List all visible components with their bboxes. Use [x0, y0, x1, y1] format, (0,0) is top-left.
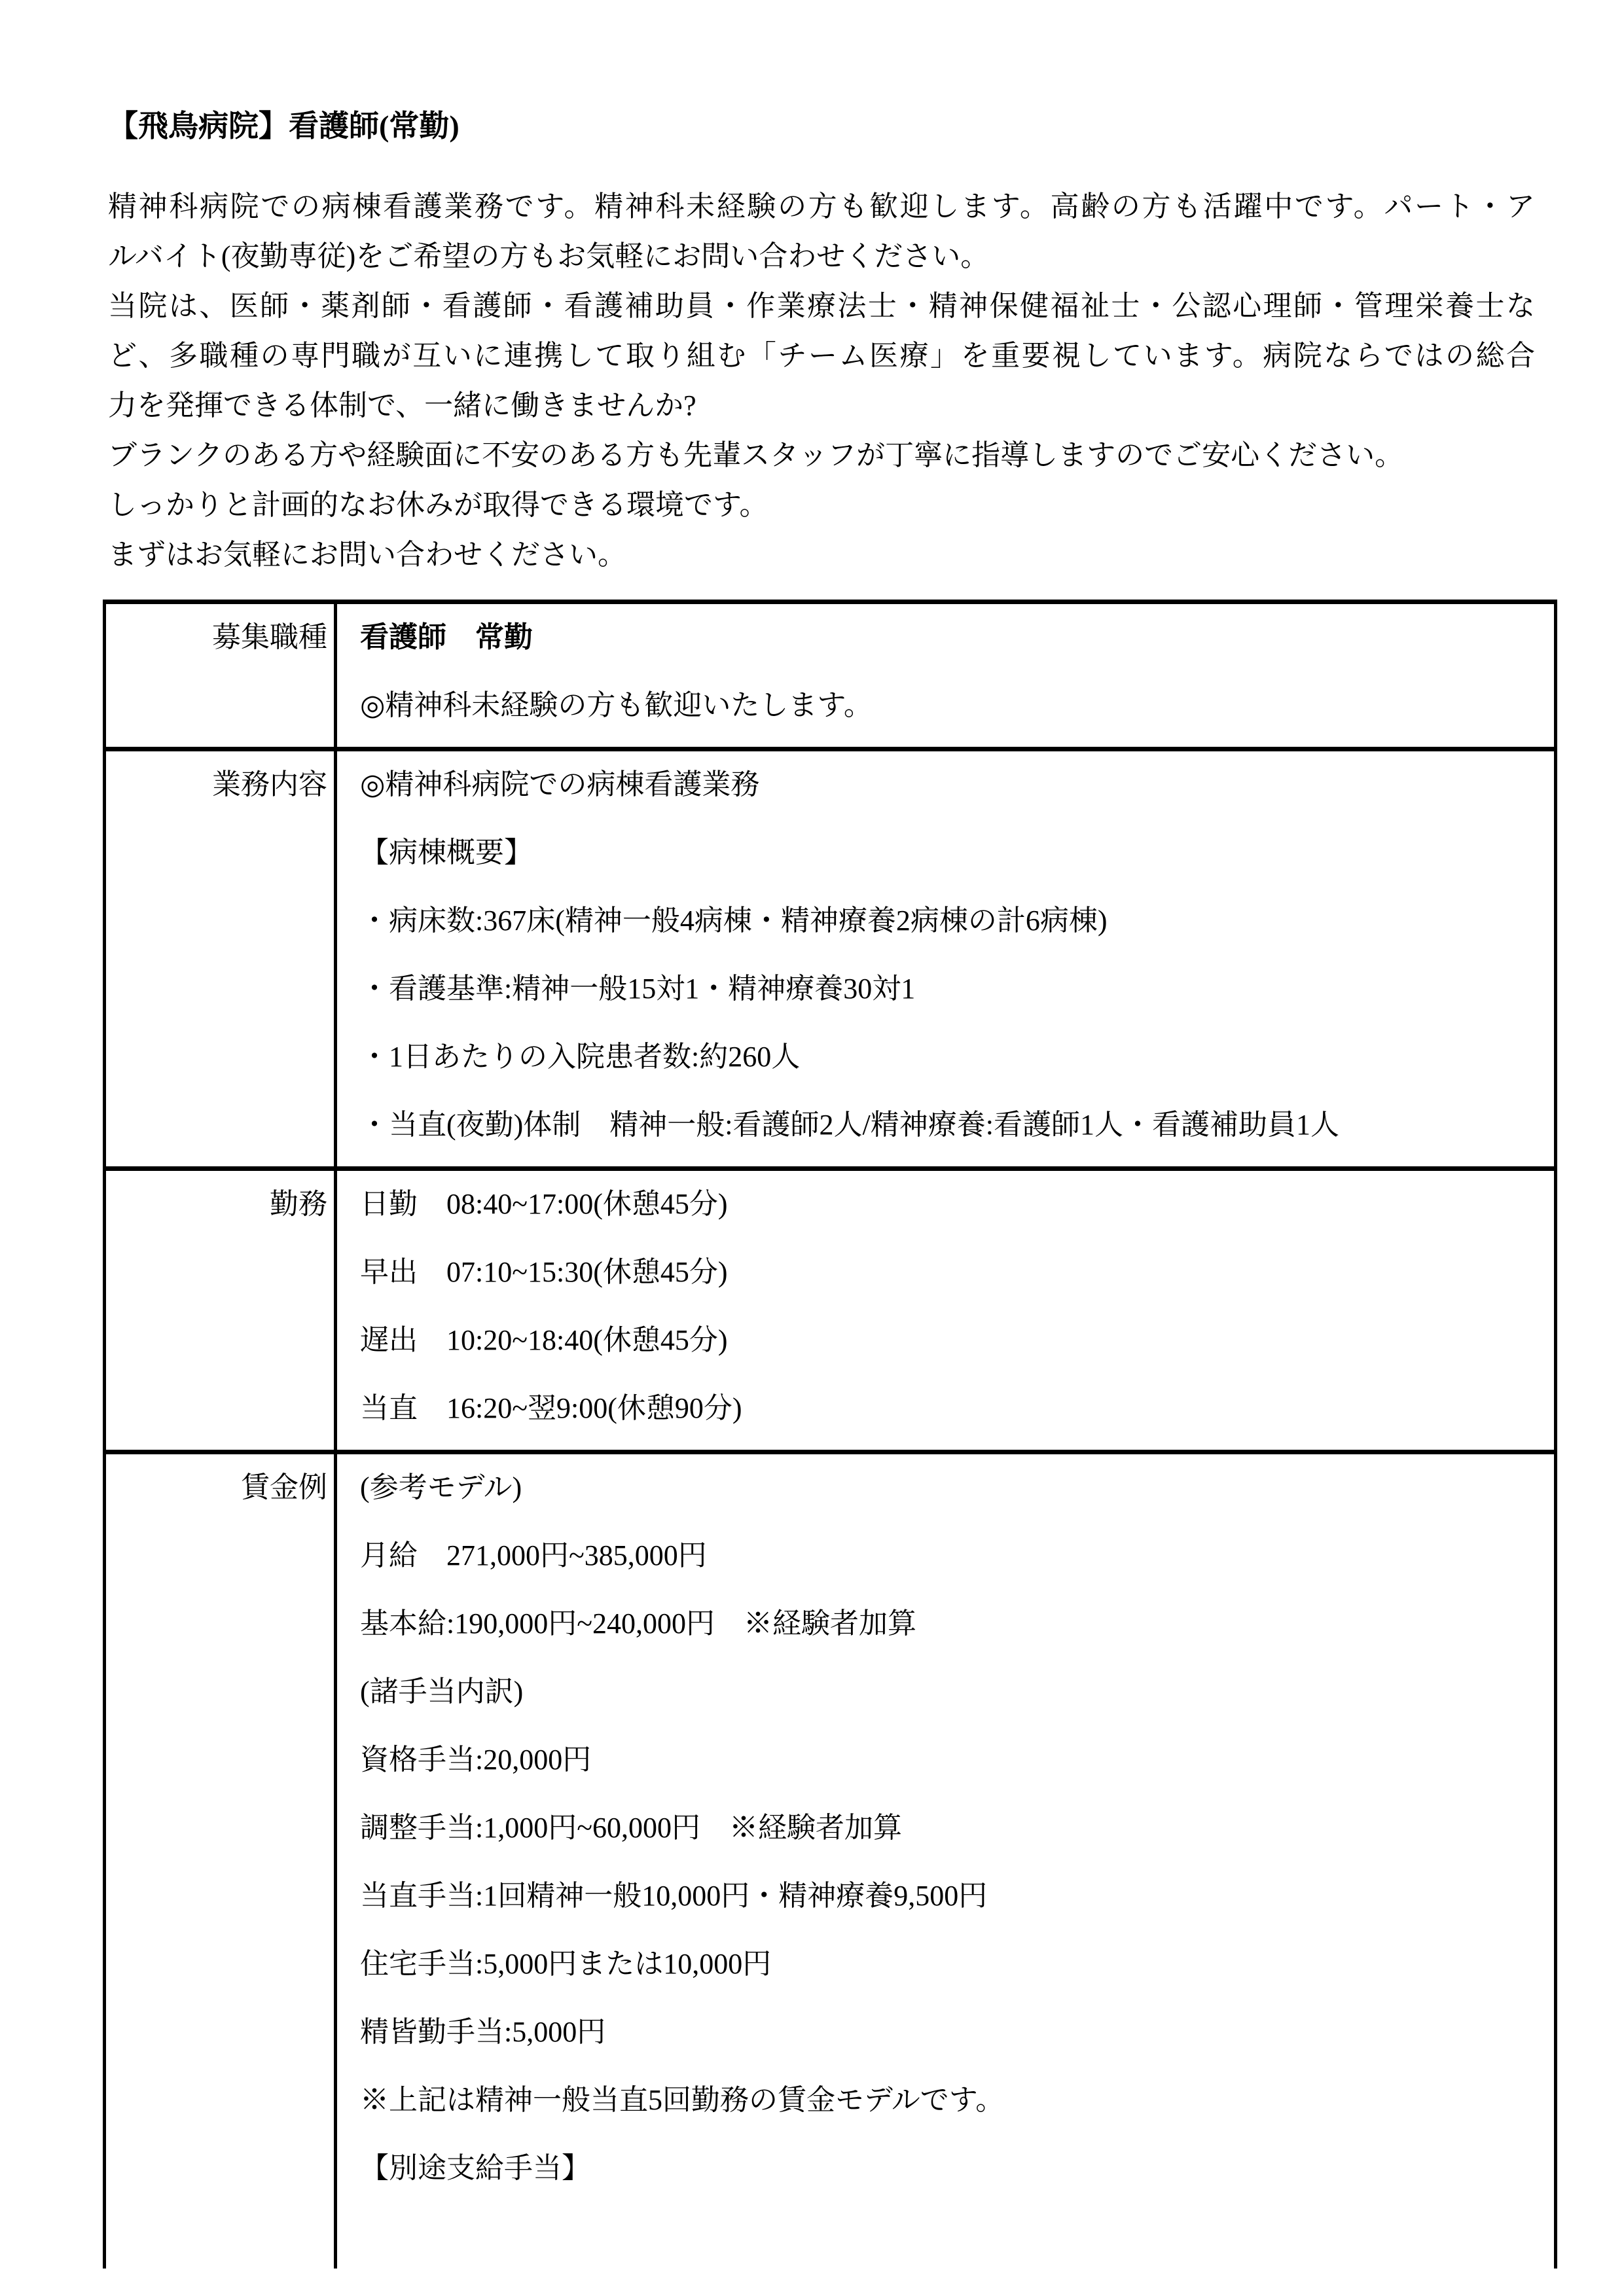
- intro-line: まずはお気軽にお問い合わせください。: [108, 530, 1535, 580]
- intro-line: ルバイト(夜勤専従)をご希望の方もお気軽にお問い合わせください。: [108, 232, 1535, 281]
- content-line: ・病床数:367床(精神一般4病棟・精神療養2病棟の計6病棟): [360, 906, 1541, 936]
- content-line: 【病棟概要】: [360, 838, 1541, 868]
- row-content: 看護師 常勤 ◎精神科未経験の方も歓迎いたします。: [336, 602, 1556, 749]
- table-row-job-description: 業務内容 ◎精神科病院での病棟看護業務 【病棟概要】 ・病床数:367床(精神一…: [105, 749, 1556, 1169]
- row-label: 賃金例: [105, 1452, 336, 2269]
- intro-line: ど、多職種の専門職が互いに連携して取り組む「チーム医療」を重要視しています。病院…: [108, 331, 1535, 381]
- content-line: (諸手当内訳): [360, 1677, 1541, 1707]
- row-content: ◎精神科病院での病棟看護業務 【病棟概要】 ・病床数:367床(精神一般4病棟・…: [336, 749, 1556, 1169]
- row-label: 業務内容: [105, 749, 336, 1169]
- intro-line: しっかりと計画的なお休みが取得できる環境です。: [108, 480, 1535, 530]
- intro-line: 力を発揮できる体制で、一緒に働きませんか?: [108, 381, 1535, 431]
- row-label: 募集職種: [105, 602, 336, 749]
- content-line: 当直手当:1回精神一般10,000円・精神療養9,500円: [360, 1881, 1541, 1911]
- job-table: 募集職種 看護師 常勤 ◎精神科未経験の方も歓迎いたします。 業務内容 ◎精神科…: [103, 600, 1557, 2269]
- content-line: 精皆勤手当:5,000円: [360, 2017, 1541, 2047]
- intro-line: 精神科病院での病棟看護業務です。精神科未経験の方も歓迎します。高齢の方も活躍中で…: [108, 182, 1535, 232]
- content-line: 調整手当:1,000円~60,000円 ※経験者加算: [360, 1813, 1541, 1843]
- content-line: ・1日あたりの入院患者数:約260人: [360, 1042, 1541, 1072]
- row-label: 勤務: [105, 1169, 336, 1452]
- intro-line: 当院は、医師・薬剤師・看護師・看護補助員・作業療法士・精神保健福祉士・公認心理師…: [108, 281, 1535, 331]
- page-title: 【飛鳥病院】看護師(常勤): [108, 111, 1535, 141]
- content-line: 日勤 08:40~17:00(休憩45分): [360, 1189, 1541, 1219]
- content-line: ◎精神科病院での病棟看護業務: [360, 770, 1541, 800]
- content-line: 資格手当:20,000円: [360, 1745, 1541, 1775]
- table-row-wage-example: 賃金例 (参考モデル) 月給 271,000円~385,000円 基本給:190…: [105, 1452, 1556, 2269]
- content-line: ◎精神科未経験の方も歓迎いたします。: [360, 691, 1541, 721]
- table-row-work-shift: 勤務 日勤 08:40~17:00(休憩45分) 早出 07:10~15:30(…: [105, 1169, 1556, 1452]
- content-line: 【別途支給手当】: [360, 2153, 1541, 2183]
- content-line: 看護師 常勤: [360, 622, 1541, 653]
- content-line: 早出 07:10~15:30(休憩45分): [360, 1257, 1541, 1287]
- content-line: 当直 16:20~翌9:00(休憩90分): [360, 1393, 1541, 1424]
- document-page: 【飛鳥病院】看護師(常勤) 精神科病院での病棟看護業務です。精神科未経験の方も歓…: [0, 0, 1624, 2296]
- content-line: 月給 271,000円~385,000円: [360, 1541, 1541, 1571]
- content-line: (参考モデル): [360, 1473, 1541, 1503]
- content-line: 住宅手当:5,000円または10,000円: [360, 1949, 1541, 1979]
- content-line: ・看護基準:精神一般15対1・精神療養30対1: [360, 974, 1541, 1004]
- row-content: (参考モデル) 月給 271,000円~385,000円 基本給:190,000…: [336, 1452, 1556, 2269]
- row-content: 日勤 08:40~17:00(休憩45分) 早出 07:10~15:30(休憩4…: [336, 1169, 1556, 1452]
- table-row-recruit-type: 募集職種 看護師 常勤 ◎精神科未経験の方も歓迎いたします。: [105, 602, 1556, 749]
- content-line: 遅出 10:20~18:40(休憩45分): [360, 1325, 1541, 1355]
- content-line: ・当直(夜勤)体制 精神一般:看護師2人/精神療養:看護師1人・看護補助員1人: [360, 1110, 1541, 1140]
- content-line: 基本給:190,000円~240,000円 ※経験者加算: [360, 1609, 1541, 1639]
- content-line: ※上記は精神一般当直5回勤務の賃金モデルです。: [360, 2085, 1541, 2115]
- intro-line: ブランクのある方や経験面に不安のある方も先輩スタッフが丁寧に指導しますのでご安心…: [108, 431, 1535, 480]
- intro-paragraph: 精神科病院での病棟看護業務です。精神科未経験の方も歓迎します。高齢の方も活躍中で…: [108, 182, 1535, 580]
